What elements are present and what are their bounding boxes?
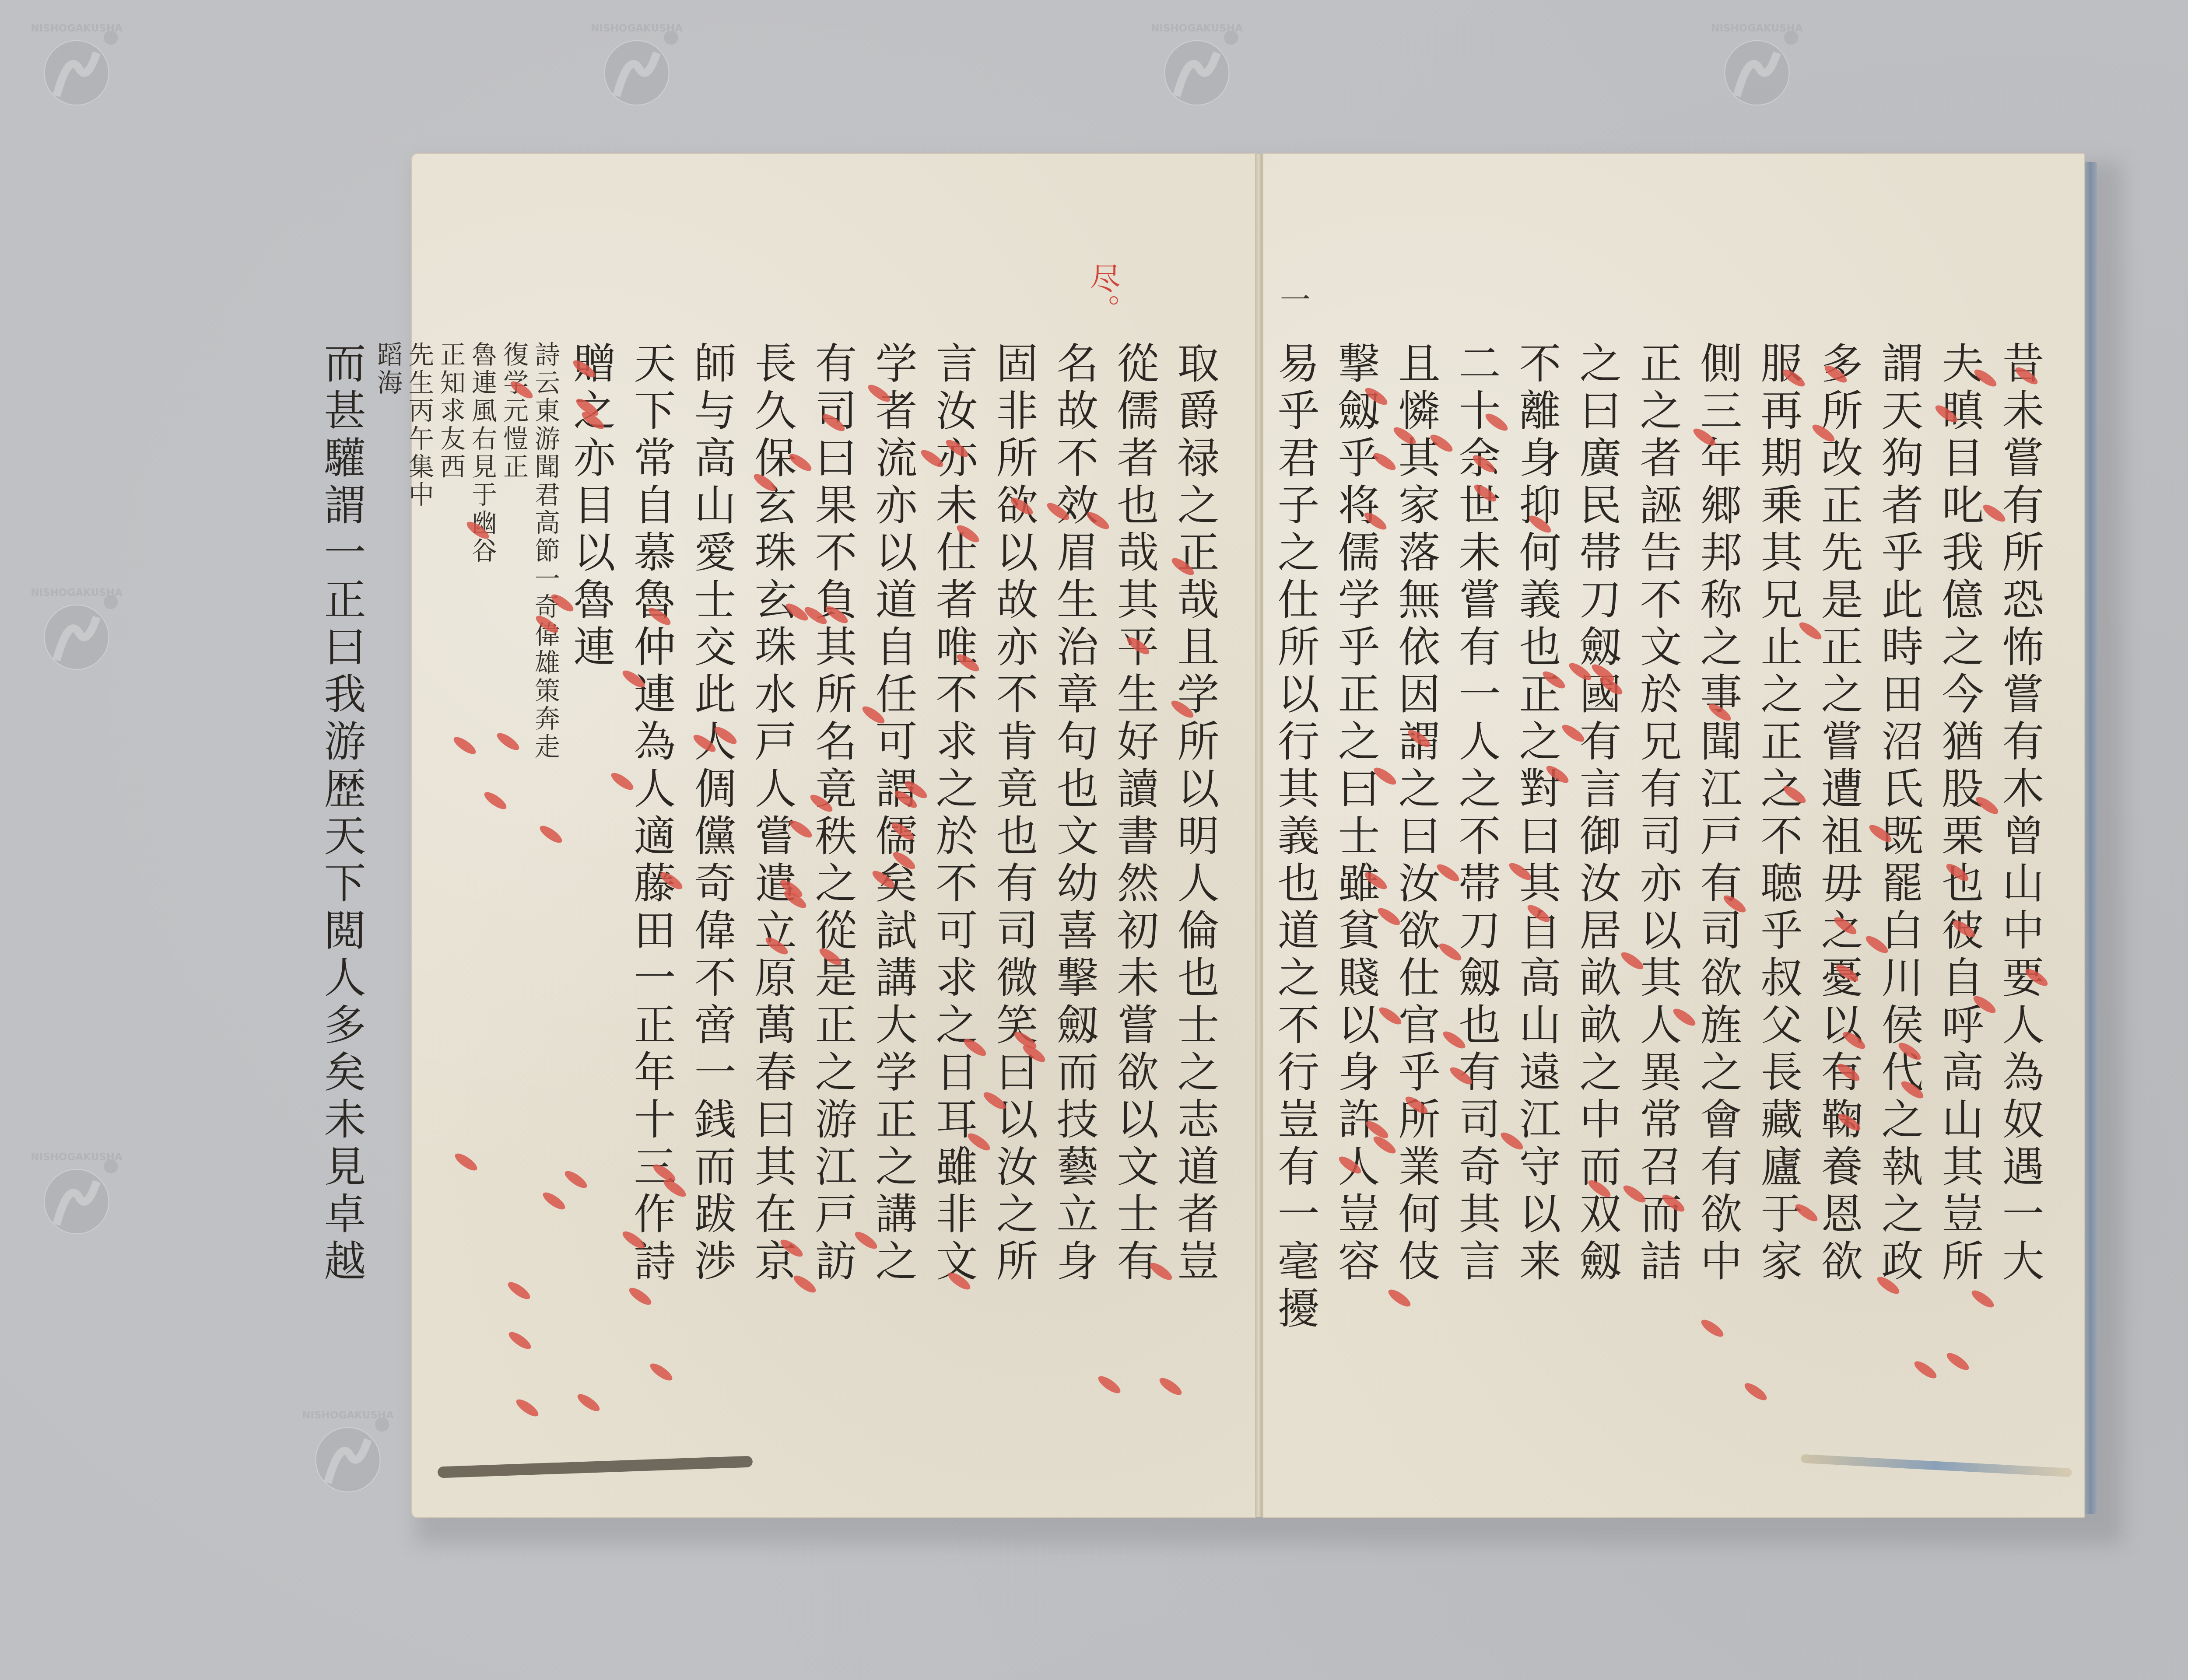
- text-column: 不離身抑何義也正之對曰其自高山遠江守以来: [1507, 341, 1567, 1333]
- right-page: 一 昔未嘗有所恐怖嘗有木曾山中要人為奴遇一大夫瞋目叱我億之今猶股栗也彼自呼高山其…: [1262, 153, 2085, 1518]
- red-punctuation-mark: [1157, 1375, 1184, 1398]
- open-book: 尽。 取爵禄之正哉且学所以明人倫也士之志道者豈從儒者也哉其平生好讀書然初未嘗欲以…: [411, 144, 2109, 1527]
- red-annotation: 尽。: [1081, 262, 1125, 325]
- left-page: 尽。 取爵禄之正哉且学所以明人倫也士之志道者豈從儒者也哉其平生好讀書然初未嘗欲以…: [411, 153, 1256, 1518]
- text-column: 先生丙午集中: [403, 341, 435, 1286]
- paper-damage-tear: [438, 1456, 753, 1478]
- text-column: 從儒者也哉其平生好讀書然初未嘗欲以文士有: [1105, 341, 1165, 1286]
- red-punctuation-mark: [627, 1285, 654, 1308]
- text-column: 蹈海: [372, 341, 403, 1286]
- red-punctuation-mark: [1096, 1373, 1123, 1396]
- text-column: 服再期乗其兄止之正之不聴乎叔父長藏廬于家: [1748, 341, 1809, 1333]
- text-column: 天下常自慕魯仲連為人適藤田一正年十三作詩: [621, 341, 682, 1286]
- text-column: 昔未嘗有所恐怖嘗有木曾山中要人為奴遇一大: [1990, 341, 2050, 1333]
- text-column: 正之者誣告不文於兄有司亦以其人異常召而詰: [1627, 341, 1688, 1333]
- text-column: 側三年郷邦称之事聞江戸有司欲旌之會有欲中: [1688, 341, 1748, 1333]
- text-column: 而甚驩謂一正曰我游歴天下閲人多矣未見卓越: [312, 341, 372, 1286]
- text-column: 贈之亦目以魯連: [561, 341, 621, 1286]
- blue-cover-edge: [2084, 162, 2097, 1514]
- paper-damage-right: [1801, 1454, 2072, 1477]
- page-number: 一: [1280, 276, 1311, 320]
- red-punctuation-mark: [514, 1396, 541, 1419]
- text-column: 師与高山愛士交此人倜儻奇偉不啻一銭而跋渉: [682, 341, 742, 1286]
- red-punctuation-mark: [506, 1329, 533, 1352]
- red-punctuation-mark: [1742, 1380, 1769, 1403]
- text-column: 撃劔乎将儒学乎正之曰士雖貧賤以身許人豈容: [1325, 341, 1386, 1333]
- red-punctuation-mark: [1912, 1358, 1939, 1381]
- text-column: 多所改正先是正之嘗遭祖毋之憂以有鞠養恩欲: [1809, 341, 1869, 1333]
- red-punctuation-mark: [648, 1361, 675, 1383]
- text-column: 魯連風右見于幽谷: [466, 341, 498, 1286]
- text-column: 復学元愷正: [498, 341, 529, 1286]
- text-column: 正知求友西: [435, 341, 466, 1286]
- text-column: 学者流亦以道自任可謂儒矣試講大学正之講之: [863, 341, 923, 1286]
- text-column: 固非所欲以故亦不肯竟也有司微笑曰以汝之所: [984, 341, 1044, 1286]
- text-column: 取爵禄之正哉且学所以明人倫也士之志道者豈: [1165, 341, 1225, 1286]
- red-punctuation-mark: [1944, 1350, 1971, 1372]
- red-punctuation-mark: [575, 1391, 602, 1414]
- text-column: 詩云東游聞君高節一奇偉雄策奔走: [529, 341, 561, 1286]
- text-column: 且憐其家落無依因謂之曰汝欲仕官乎所業何伎: [1386, 341, 1446, 1333]
- text-column: 夫瞋目叱我億之今猶股栗也彼自呼高山其豈所: [1929, 341, 1990, 1333]
- text-column: 有司曰果不負其所名竟秩之從是正之游江戸訪: [803, 341, 863, 1286]
- text-column: 名故不效眉生治章句也文幼喜撃劔而技藝立身: [1044, 341, 1105, 1286]
- right-page-text-columns: 昔未嘗有所恐怖嘗有木曾山中要人為奴遇一大夫瞋目叱我億之今猶股栗也彼自呼高山其豈所…: [1265, 341, 2050, 1333]
- book-gutter: [1255, 154, 1263, 1517]
- text-column: 易乎君子之仕所以行其義也道之不行豈有一毫擾: [1265, 341, 1325, 1333]
